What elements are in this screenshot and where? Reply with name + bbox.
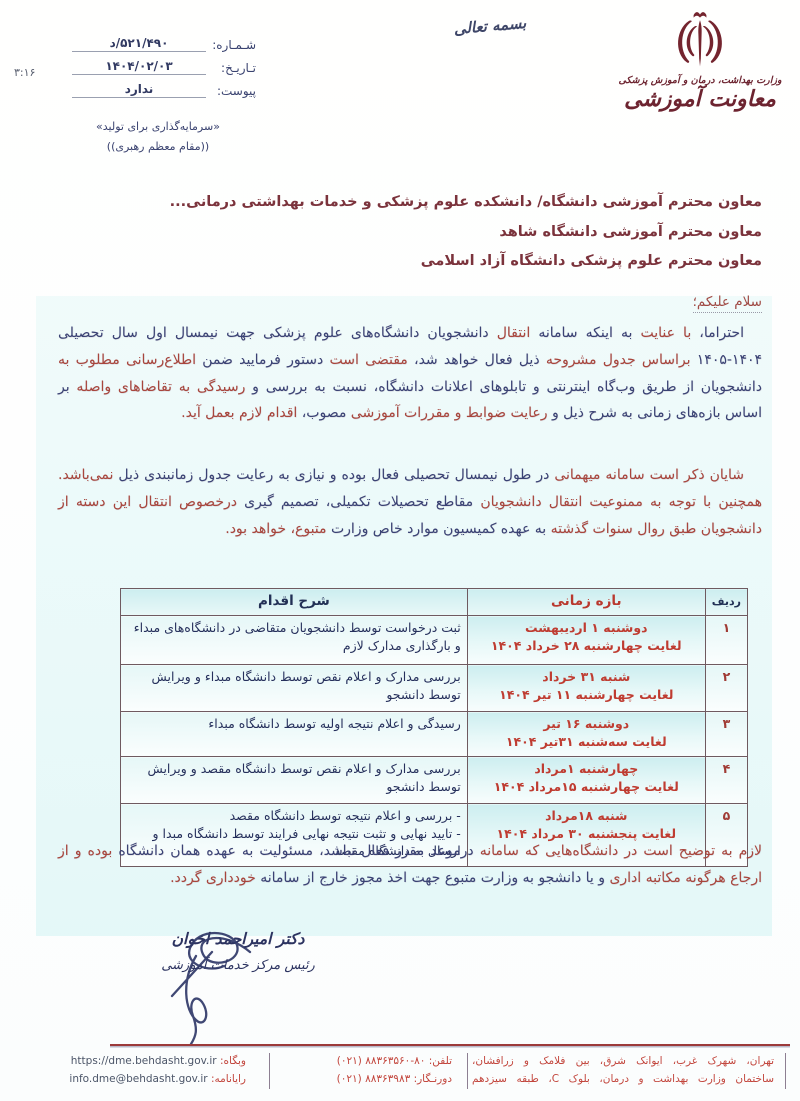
- row-number: ۳: [705, 712, 747, 757]
- address-line-2: ساختمان وزارت بهداشت و درمان، بلوک C، طب…: [472, 1071, 774, 1089]
- iran-emblem-icon: [608, 10, 792, 74]
- row-period: دوشنبه ۱ اردیبهشت لغایت چهارشنبه ۲۸ خردا…: [467, 616, 705, 665]
- recipient-line-3: معاون محترم علوم پزشکی دانشگاه آزاد اسلا…: [60, 247, 762, 277]
- date-field: تـاریـخ: ۱۴۰۴/۰۲/۰۳: [72, 59, 256, 75]
- phone-value: ۸۰-۸۸۳۶۳۵۶۰ (۰۲۱): [337, 1055, 426, 1067]
- period-end: لغایت چهارشنبه ۱۵مرداد ۱۴۰۴: [474, 778, 699, 796]
- signature-name: دکتر امیراحمد اخوان: [116, 930, 360, 948]
- handwritten-time-note: ۳:۱۶: [14, 66, 35, 79]
- row-number: ۱: [705, 616, 747, 665]
- period-end: لغایت چهارشنبه ۱۱ تیر ۱۴۰۴: [474, 686, 699, 704]
- column-header-period: بازه زمانی: [467, 589, 705, 616]
- footer-web-block: وبگاه: https://dme.behdasht.gov.ir رایان…: [14, 1053, 256, 1088]
- footer-phone: تلفن: ۸۰-۸۸۳۶۳۵۶۰ (۰۲۱): [266, 1053, 452, 1071]
- period-end: لغایت چهارشنبه ۲۸ خرداد ۱۴۰۴: [474, 637, 699, 655]
- attachment-label: پیوست:: [206, 84, 256, 98]
- footer-phone-block: تلفن: ۸۰-۸۸۳۶۳۵۶۰ (۰۲۱) دورنـگار: ۸۸۳۶۳۹…: [256, 1053, 462, 1088]
- period-start: شنبه ۱۸مرداد: [474, 807, 699, 825]
- phone-label: تلفن:: [429, 1055, 452, 1067]
- footer: تهران، شهرک غرب، ایوانک شرق، بین فلامک و…: [14, 1053, 784, 1088]
- period-start: دوشنبه ۱ اردیبهشت: [474, 619, 699, 637]
- footer-website: وبگاه: https://dme.behdasht.gov.ir: [24, 1053, 246, 1071]
- row-number: ۴: [705, 757, 747, 804]
- fax-value: ۸۸۳۶۳۹۸۳ (۰۲۱): [337, 1073, 411, 1085]
- website-value: https://dme.behdasht.gov.ir: [71, 1055, 217, 1067]
- row-period: چهارشنبه ۱مرداد لغایت چهارشنبه ۱۵مرداد ۱…: [467, 757, 705, 804]
- letterhead-logo: وزارت بهداشت، درمان و آموزش پزشکی معاونت…: [608, 10, 792, 112]
- footer-email: رایانامه: info.dme@behdasht.gov.ir: [24, 1071, 246, 1089]
- email-label: رایانامه:: [211, 1073, 246, 1085]
- column-header-action: شرح اقدام: [121, 589, 468, 616]
- date-value: ۱۴۰۴/۰۲/۰۳: [72, 59, 206, 75]
- signature-block: دکتر امیراحمد اخوان رئیس مرکز خدمات آموز…: [116, 930, 360, 973]
- period-start: دوشنبه ۱۶ تیر: [474, 715, 699, 733]
- ref-number-label: شـمـاره:: [206, 38, 256, 52]
- table-row: ۳ دوشنبه ۱۶ تیر لغایت سه‌شنبه ۳۱تیر ۱۴۰۴…: [121, 712, 748, 757]
- reference-fields: شـمـاره: ۵۲۱/۴۹۰/د تـاریـخ: ۱۴۰۴/۰۲/۰۳ پ…: [72, 36, 256, 105]
- period-end: لغایت سه‌شنبه ۳۱تیر ۱۴۰۴: [474, 733, 699, 751]
- action-line-1: - بررسی و اعلام نتیجه توسط دانشگاه مقصد: [127, 807, 461, 825]
- recipients-block: معاون محترم آموزشی دانشگاه/ دانشکده علوم…: [60, 188, 762, 277]
- slogan-line2: ((مقام معظم رهبری)): [90, 137, 226, 157]
- table-row: ۴ چهارشنبه ۱مرداد لغایت چهارشنبه ۱۵مرداد…: [121, 757, 748, 804]
- bismillah-text: بسمه تعالی: [429, 12, 550, 40]
- scanned-letter-page: بسمه تعالی وزارت بهداشت، درمان و آموزش پ…: [0, 0, 800, 1101]
- website-label: وبگاه:: [220, 1055, 246, 1067]
- ref-number-value: ۵۲۱/۴۹۰/د: [72, 36, 206, 52]
- row-period: دوشنبه ۱۶ تیر لغایت سه‌شنبه ۳۱تیر ۱۴۰۴: [467, 712, 705, 757]
- row-action: ثبت درخواست توسط دانشجویان متقاضی در دان…: [121, 616, 468, 665]
- table-row: ۱ دوشنبه ۱ اردیبهشت لغایت چهارشنبه ۲۸ خر…: [121, 616, 748, 665]
- body-paragraph-2: شایان ذکر است سامانه میهمانی در طول نیمس…: [58, 462, 762, 542]
- address-line-1: تهران، شهرک غرب، ایوانک شرق، بین فلامک و…: [472, 1053, 774, 1071]
- timeline-table: ردیف بازه زمانی شرح اقدام ۱ دوشنبه ۱ ارد…: [120, 588, 748, 867]
- fax-label: دورنـگار:: [414, 1073, 452, 1085]
- attachment-field: پیوست: ندارد: [72, 82, 256, 98]
- signature-title: رئیس مرکز خدمات آموزشی: [116, 958, 360, 973]
- ministry-name: وزارت بهداشت، درمان و آموزش پزشکی: [608, 75, 792, 86]
- column-header-row-number: ردیف: [705, 589, 747, 616]
- ref-number-field: شـمـاره: ۵۲۱/۴۹۰/د: [72, 36, 256, 52]
- table-row: ۲ شنبه ۳۱ خرداد لغایت چهارشنبه ۱۱ تیر ۱۴…: [121, 665, 748, 712]
- salutation: سلام علیکم؛: [693, 294, 762, 313]
- body-paragraph-1: احتراما، با عنایت به اینکه سامانه انتقال…: [58, 320, 762, 427]
- table-header-row: ردیف بازه زمانی شرح اقدام: [121, 589, 748, 616]
- row-period: شنبه ۳۱ خرداد لغایت چهارشنبه ۱۱ تیر ۱۴۰۴: [467, 665, 705, 712]
- period-start: چهارشنبه ۱مرداد: [474, 760, 699, 778]
- closing-paragraph: لازم به توضیح است در دانشگاه‌هایی که سام…: [58, 838, 762, 892]
- recipient-line-2: معاون محترم آموزشی دانشگاه شاهد: [60, 218, 762, 248]
- footer-address: تهران، شهرک غرب، ایوانک شرق، بین فلامک و…: [462, 1053, 784, 1088]
- footer-vertical-divider: [785, 1053, 786, 1089]
- row-number: ۲: [705, 665, 747, 712]
- date-label: تـاریـخ:: [206, 61, 256, 75]
- row-action: بررسی مدارک و اعلام نقص توسط دانشگاه مبد…: [121, 665, 468, 712]
- footer-divider-rule: [110, 1044, 790, 1046]
- email-value: info.dme@behdasht.gov.ir: [69, 1073, 207, 1085]
- year-slogan: «سرمایه‌گذاری برای تولید» ((مقام معظم ره…: [90, 117, 226, 157]
- row-action: بررسی مدارک و اعلام نقص توسط دانشگاه مقص…: [121, 757, 468, 804]
- deputy-name: معاونت آموزشی: [608, 87, 792, 112]
- footer-fax: دورنـگار: ۸۸۳۶۳۹۸۳ (۰۲۱): [266, 1071, 452, 1089]
- row-action: رسیدگی و اعلام نتیجه اولیه توسط دانشگاه …: [121, 712, 468, 757]
- slogan-line1: «سرمایه‌گذاری برای تولید»: [90, 117, 226, 137]
- period-start: شنبه ۳۱ خرداد: [474, 668, 699, 686]
- attachment-value: ندارد: [72, 82, 206, 98]
- recipient-line-1: معاون محترم آموزشی دانشگاه/ دانشکده علوم…: [60, 188, 762, 218]
